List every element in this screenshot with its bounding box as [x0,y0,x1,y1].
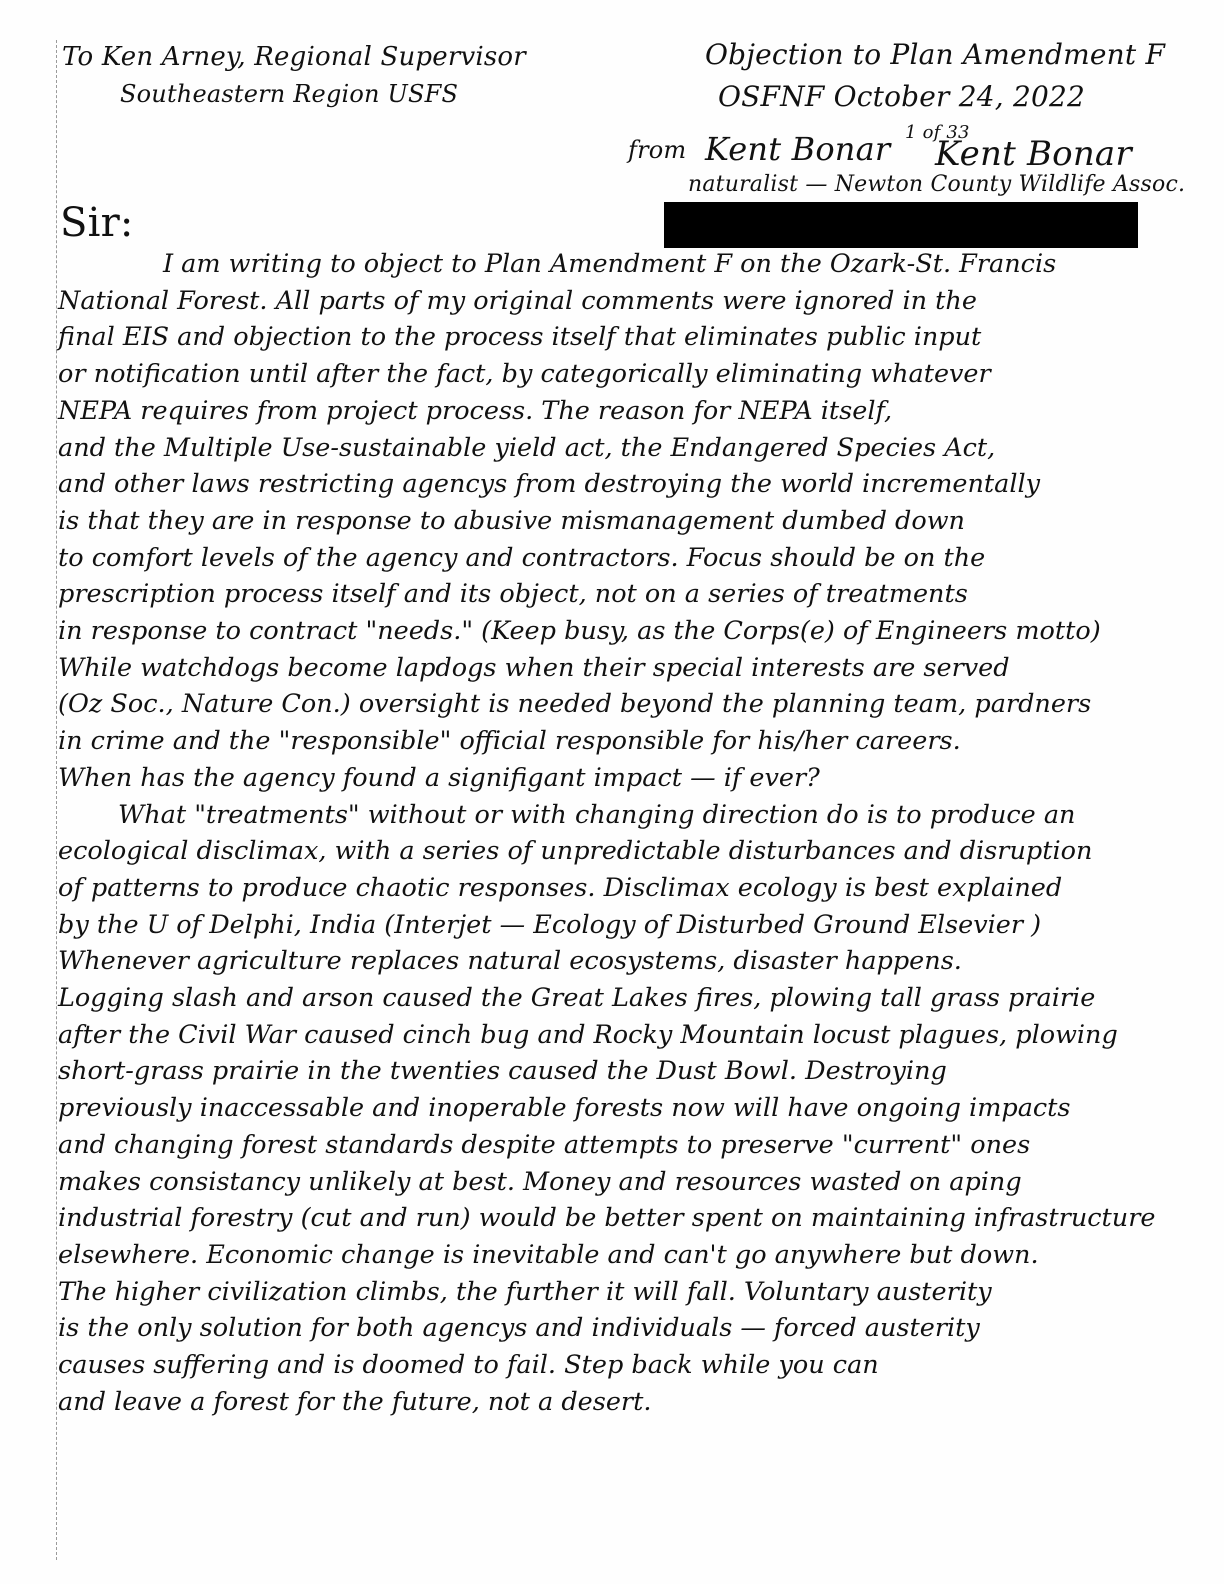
body-line: ecological disclimax, with a series of u… [58,833,1098,870]
body-line: and other laws restricting agencys from … [58,466,1098,503]
redaction-box [664,202,1138,248]
body-line: to comfort levels of the agency and cont… [58,540,1098,577]
body-line: and leave a forest for the future, not a… [58,1384,1098,1421]
body-line: is that they are in response to abusive … [58,503,1098,540]
body-line: Whenever agriculture replaces natural ec… [58,943,1098,980]
signature: Kent Bonar [935,134,1132,174]
body-line: prescription process itself and its obje… [58,576,1098,613]
body-line: Logging slash and arson caused the Great… [58,980,1098,1017]
body-line: previously inaccessable and inoperable f… [58,1090,1098,1127]
body-line: after the Civil War caused cinch bug and… [58,1017,1098,1054]
body-line: elsewhere. Economic change is inevitable… [58,1237,1098,1274]
handwritten-letter-page: To Ken Arney, Regional Supervisor Southe… [0,0,1224,1584]
body-line: The higher civilization climbs, the furt… [58,1274,1098,1311]
left-margin-line [56,40,57,1560]
salutation: Sir: [60,200,134,246]
body-line: and changing forest standards despite at… [58,1127,1098,1164]
body-line: When has the agency found a signifigant … [58,760,1098,797]
body-line: short-grass prairie in the twenties caus… [58,1053,1098,1090]
author-affiliation: naturalist — Newton County Wildlife Asso… [688,172,1185,202]
body-line: While watchdogs become lapdogs when thei… [58,650,1098,687]
body-line: final EIS and objection to the process i… [58,319,1098,356]
from-label: from [628,136,686,164]
body-line: (Oz Soc., Nature Con.) oversight is need… [58,686,1098,723]
body-line: in response to contract "needs." (Keep b… [58,613,1098,650]
document-title: Objection to Plan Amendment F [705,38,1165,71]
body-line: or notification until after the fact, by… [58,356,1098,393]
body-line: causes suffering and is doomed to fail. … [58,1347,1098,1384]
forest-and-date: OSFNF October 24, 2022 [718,80,1085,113]
body-line: in crime and the "responsible" official … [58,723,1098,760]
body-line: What "treatments" without or with changi… [58,797,1098,834]
body-line: industrial forestry (cut and run) would … [58,1200,1098,1237]
body-line: NEPA requires from project process. The … [58,393,1098,430]
body-line: of patterns to produce chaotic responses… [58,870,1098,907]
body-line: by the U of Delphi, India (Interjet — Ec… [58,907,1098,944]
body-line: and the Multiple Use-sustainable yield a… [58,430,1098,467]
addressee-line-1: To Ken Arney, Regional Supervisor [62,42,526,72]
author-name: Kent Bonar [705,130,890,168]
body-line: National Forest. All parts of my origina… [58,283,1098,320]
addressee-line-2: Southeastern Region USFS [120,80,458,108]
body-line: makes consistancy unlikely at best. Mone… [58,1164,1098,1201]
body-line: is the only solution for both agencys an… [58,1310,1098,1347]
letter-body: I am writing to object to Plan Amendment… [58,246,1098,1421]
body-line: I am writing to object to Plan Amendment… [58,246,1098,283]
